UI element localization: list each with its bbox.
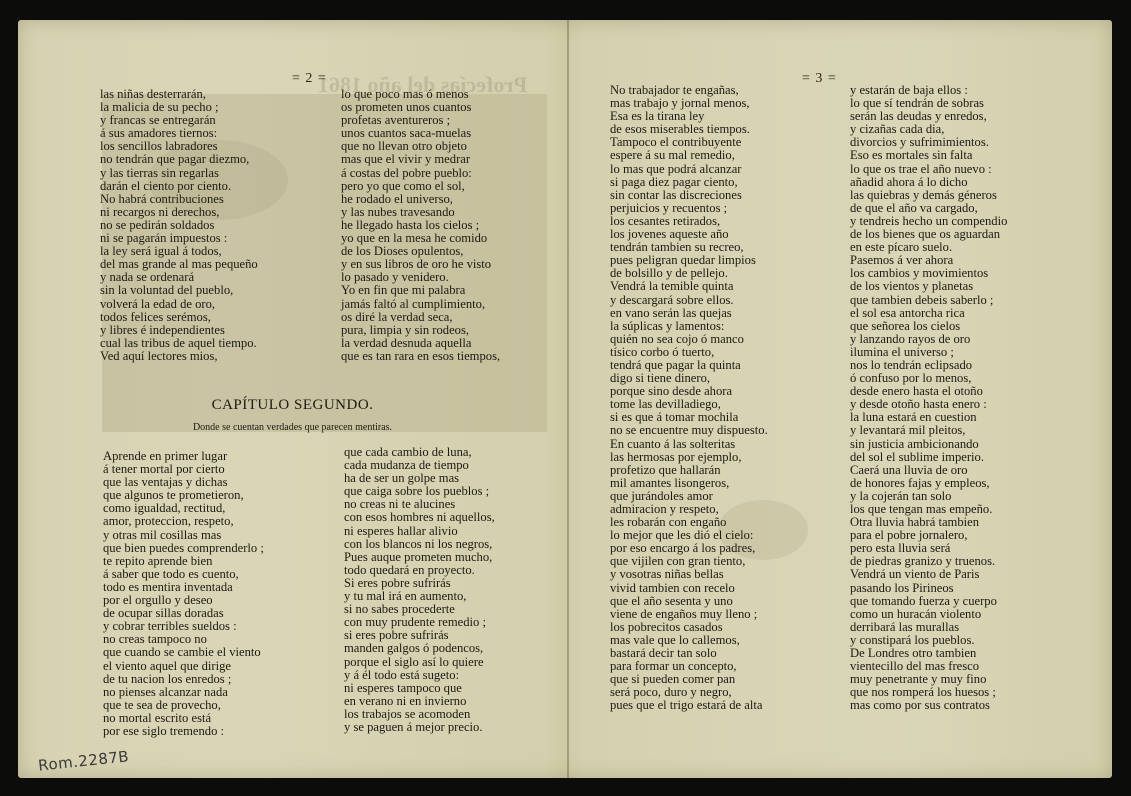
verse-line: que tomando fuerza y cuerpo bbox=[850, 595, 1007, 608]
verse-line: en verano ni en invierno bbox=[344, 695, 495, 708]
verse-line: que tambien debeis saberlo ; bbox=[850, 294, 1007, 307]
verse-line: mas como por sus contratos bbox=[850, 699, 1007, 712]
verse-column-top-right: lo que poco mas ó menosos prometen unos … bbox=[341, 88, 500, 363]
verse-line: y las nubes travesando bbox=[341, 206, 500, 219]
verse-line: los pobrecitos casados bbox=[610, 621, 768, 634]
verse-line: los trabajos se acomoden bbox=[344, 708, 495, 721]
verse-column-bottom-left: Aprende en primer lugará tener mortal po… bbox=[103, 450, 264, 738]
verse-line: Yo en fin que mi palabra bbox=[341, 284, 500, 297]
verse-line: ni esperes hallar alivio bbox=[344, 525, 495, 538]
verse-column-bottom-right: que cada cambio de luna,cada mudanza de … bbox=[344, 446, 495, 734]
verse-line: profetizo que hallarán bbox=[610, 464, 768, 477]
verse-line: y á él todo está sugeto: bbox=[344, 669, 495, 682]
verse-line: no se encuentre muy dispuesto. bbox=[610, 424, 768, 437]
verse-line: que te sea de provecho, bbox=[103, 699, 264, 712]
verse-column-top-left: las niñas desterrarán,la malicia de su p… bbox=[100, 88, 258, 363]
verse-line: pasando los Pirineos bbox=[850, 582, 1007, 595]
right-page: = 3 = No trabajador te engañas,mas traba… bbox=[569, 20, 1112, 778]
verse-line: os diré la verdad seca, bbox=[341, 311, 500, 324]
verse-line: vivid tambien con recelo bbox=[610, 582, 768, 595]
verse-line: no pienses alcanzar nada bbox=[103, 686, 264, 699]
verse-line: espere á su mal remedio, bbox=[610, 149, 768, 162]
verse-line: por ese siglo tremendo : bbox=[103, 725, 264, 738]
chapter-subtitle: Donde se cuentan verdades que parecen me… bbox=[18, 422, 567, 433]
verse-line: tísico corbo ó tuerto, bbox=[610, 346, 768, 359]
verse-line: lo mas que podrá alcanzar bbox=[610, 163, 768, 176]
printed-sheet: Profecías del año 1861 = 2 = las niñas d… bbox=[18, 20, 1112, 778]
verse-line: que señorea los cielos bbox=[850, 320, 1007, 333]
verse-line: darán el ciento por ciento. bbox=[100, 180, 258, 193]
verse-line: y vosotras niñas bellas bbox=[610, 568, 768, 581]
verse-line: Pues auque prometen mucho, bbox=[344, 551, 495, 564]
verse-line: con esos hombres ni aquellos, bbox=[344, 511, 495, 524]
verse-line: te repito aprende bien bbox=[103, 555, 264, 568]
verse-line: quién no sea cojo ó manco bbox=[610, 333, 768, 346]
verse-line: jamás faltó al cumplimiento, bbox=[341, 298, 500, 311]
verse-line: el viento aquel que dirige bbox=[103, 660, 264, 673]
verse-line: Eso es mortales sin falta bbox=[850, 149, 1007, 162]
verse-line: mil amantes lisongeros, bbox=[610, 477, 768, 490]
verse-line: las quiebras y demás géneros bbox=[850, 189, 1007, 202]
verse-line: y descargará sobre ellos. bbox=[610, 294, 768, 307]
verse-line: y libres é independientes bbox=[100, 324, 258, 337]
verse-line: y levantará mil pleitos, bbox=[850, 424, 1007, 437]
verse-line: sin justicia ambicionando bbox=[850, 438, 1007, 451]
verse-line: todo quedará en proyecto. bbox=[344, 564, 495, 577]
verse-line: ilumina el universo ; bbox=[850, 346, 1007, 359]
verse-line: pues que el trigo estará de alta bbox=[610, 699, 768, 712]
left-page: Profecías del año 1861 = 2 = las niñas d… bbox=[18, 20, 567, 778]
verse-line: No habrá contribuciones bbox=[100, 193, 258, 206]
verse-line: y se paguen á mejor precio. bbox=[344, 721, 495, 734]
verse-line: perjuicios y recuentos ; bbox=[610, 202, 768, 215]
verse-line: volverá la edad de oro, bbox=[100, 298, 258, 311]
verse-line: cual las tribus de aquel tiempo. bbox=[100, 337, 258, 350]
verse-line: manden galgos ó podencos, bbox=[344, 642, 495, 655]
verse-line: la verdad desnuda aquella bbox=[341, 337, 500, 350]
verse-line: Caerá una lluvia de oro bbox=[850, 464, 1007, 477]
verse-line: de los vientos y planetas bbox=[850, 280, 1007, 293]
verse-line: á saber que todo es cuento, bbox=[103, 568, 264, 581]
verse-line: sin contar las discreciones bbox=[610, 189, 768, 202]
verse-line: Vendrá la temible quinta bbox=[610, 280, 768, 293]
chapter-title: CAPÍTULO SEGUNDO. bbox=[18, 397, 567, 414]
verse-line: sin la voluntad del pueblo, bbox=[100, 284, 258, 297]
verse-line: la súplicas y lamentos: bbox=[610, 320, 768, 333]
verse-column-right: y estarán de baja ellos :lo que sí tendr… bbox=[850, 84, 1007, 713]
verse-line: que el año sesenta y uno bbox=[610, 595, 768, 608]
verse-line: no tendrán que pagar diezmo, bbox=[100, 153, 258, 166]
page-number: = 2 = bbox=[292, 71, 327, 87]
verse-line: que cuando se cambie el viento bbox=[103, 646, 264, 659]
verse-line: y lanzando rayos de oro bbox=[850, 333, 1007, 346]
verse-line: del sol el sublime imperio. bbox=[850, 451, 1007, 464]
verse-line: si paga diez pagar ciento, bbox=[610, 176, 768, 189]
verse-line: pero yo que como el sol, bbox=[341, 180, 500, 193]
verse-line: porque el siglo así lo quiere bbox=[344, 656, 495, 669]
verse-line: todos felices serémos, bbox=[100, 311, 258, 324]
verse-line: ni recargos ni derechos, bbox=[100, 206, 258, 219]
verse-line: las hermosas por ejemplo, bbox=[610, 451, 768, 464]
verse-line: de honores fajas y empleos, bbox=[850, 477, 1007, 490]
verse-line: de que el año va cargado, bbox=[850, 202, 1007, 215]
verse-line: que bien puedes comprenderlo ; bbox=[103, 542, 264, 555]
verse-line: el sol esa antorcha rica bbox=[850, 307, 1007, 320]
verse-line: que es tan rara en esos tiempos, bbox=[341, 350, 500, 363]
verse-line: amor, proteccion, respeto, bbox=[103, 515, 264, 528]
verse-line: lo que os trae el año nuevo : bbox=[850, 163, 1007, 176]
verse-line: pura, limpia y sin rodeos, bbox=[341, 324, 500, 337]
verse-line: mas que el vivir y medrar bbox=[341, 153, 500, 166]
verse-line: y otras mil cosillas mas bbox=[103, 529, 264, 542]
verse-line: con los blancos ni los negros, bbox=[344, 538, 495, 551]
verse-line: ni esperes tampoco que bbox=[344, 682, 495, 695]
verse-line: añadid ahora á lo dicho bbox=[850, 176, 1007, 189]
verse-line: y las tierras sin regarlas bbox=[100, 167, 258, 180]
verse-line: viene de engaños muy lleno ; bbox=[610, 608, 768, 621]
verse-line: no mortal escrito está bbox=[103, 712, 264, 725]
verse-line: á costas del pobre pueblo: bbox=[341, 167, 500, 180]
verse-line: de tu nacion los enredos ; bbox=[103, 673, 264, 686]
verse-line: derribará las murallas bbox=[850, 621, 1007, 634]
verse-line: En cuanto á las solteritas bbox=[610, 438, 768, 451]
verse-line: Vendrá un viento de Paris bbox=[850, 568, 1007, 581]
verse-column-left: No trabajador te engañas,mas trabajo y j… bbox=[610, 84, 768, 713]
verse-line: Ved aquí lectores mios, bbox=[100, 350, 258, 363]
verse-line: como un huracán violento bbox=[850, 608, 1007, 621]
verse-line: en vano serán las quejas bbox=[610, 307, 768, 320]
verse-line: he rodado el universo, bbox=[341, 193, 500, 206]
page-number: = 3 = bbox=[802, 71, 837, 87]
